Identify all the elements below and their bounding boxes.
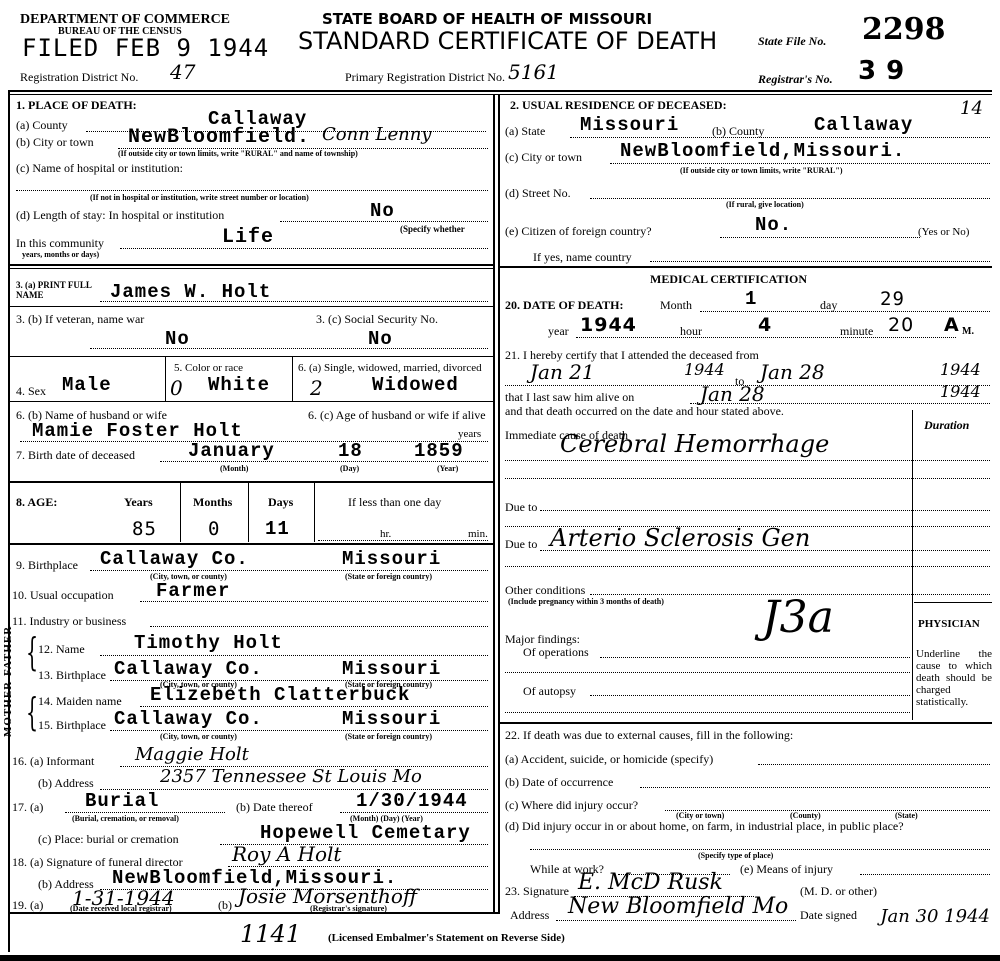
birth-day: 18 (338, 440, 363, 462)
hospital-note: (If not in hospital or institution, writ… (90, 193, 309, 202)
full-name: James W. Holt (110, 281, 271, 303)
informant-label: 16. (a) Informant (12, 754, 94, 769)
mother-side-label: MOTHER (2, 681, 14, 737)
age-days-label: Days (268, 495, 293, 510)
age-col-3 (314, 483, 315, 542)
medical-heading: MEDICAL CERTIFICATION (650, 272, 807, 287)
section1-divider (10, 264, 493, 266)
primary-district-no: 5161 (508, 60, 559, 84)
birthplace-state-note: (State or foreign country) (345, 572, 432, 581)
hospital-line (16, 190, 488, 191)
other-note: (Include pregnancy within 3 months of de… (508, 597, 664, 606)
country-line (650, 261, 990, 262)
ss-label: 3. (c) Social Security No. (316, 312, 438, 327)
registrar-no: 39 (858, 56, 914, 86)
sex-race-divider (165, 356, 166, 401)
age-months: 0 (208, 518, 220, 540)
city-note: (If outside city or town limits, write "… (118, 149, 358, 158)
external-b-line (640, 787, 990, 788)
center-border-2 (498, 94, 500, 914)
attended-from-year: 1944 (684, 360, 725, 379)
birthplace-label: 9. Birthplace (16, 558, 78, 573)
last-saw-label: that I last saw him alive on (505, 390, 634, 405)
mother-name-label: 14. Maiden name (38, 694, 122, 709)
cause-line-5 (540, 550, 990, 551)
mother-bp-city-note: (City, town, or county) (160, 732, 237, 741)
res-city-label: (c) City or town (505, 150, 582, 165)
dod-line-1 (700, 311, 990, 312)
residence-divider (498, 266, 992, 268)
dod-line-2 (576, 337, 956, 338)
registrar-sig-label: (b) (218, 898, 232, 913)
sex-label: 4. Sex (16, 384, 46, 399)
burial-date-label: (b) Date thereof (236, 800, 313, 815)
burial-place: Hopewell Cemetary (260, 822, 471, 844)
sex-value: Male (62, 374, 112, 396)
header-divider (10, 90, 992, 92)
month-label: Month (660, 298, 692, 313)
stay-line (280, 221, 488, 222)
death-ampm: A (944, 314, 960, 336)
section1-divider-2 (10, 268, 493, 269)
attended-to-year: 1944 (940, 360, 981, 379)
attended-from: Jan 21 (530, 360, 595, 384)
industry-label: 11. Industry or business (12, 614, 126, 629)
death-year: 1944 (580, 314, 637, 336)
informant: Maggie Holt (135, 744, 249, 765)
autopsy-line (590, 695, 910, 696)
medical-divider (498, 722, 992, 724)
reg-district-label: Registration District No. (20, 70, 138, 85)
place-heading: 1. PLACE OF DEATH: (16, 98, 137, 113)
mother-brace: { (26, 690, 38, 734)
registrar-sig-note: (Registrar's signature) (310, 904, 387, 913)
birthplace-line (90, 570, 488, 571)
date-signed: Jan 30 1944 (880, 904, 990, 930)
age-min: min. (468, 528, 488, 540)
year-label: year (548, 324, 569, 339)
veteran-line (90, 348, 488, 349)
primary-district-label: Primary Registration District No. (345, 70, 505, 85)
age-col-2 (248, 483, 249, 542)
occurred-label: and that death occurred on the date and … (505, 404, 784, 419)
state-file-no: 2298 (862, 12, 946, 47)
citizen-label: (e) Citizen of foreign country? (505, 224, 652, 239)
due-to-cause: Arterio Sclerosis Gen (550, 524, 810, 552)
mother-name: Elizebeth Clatterbuck (150, 684, 410, 706)
occupation-line (140, 601, 488, 602)
marital-code: 2 (310, 376, 323, 400)
sig-address-label: Address (510, 908, 549, 923)
spouse-name: Mamie Foster Holt (32, 420, 243, 442)
burial-date: 1/30/1944 (356, 790, 468, 812)
name-line (100, 301, 488, 302)
res-state-line (570, 137, 990, 138)
attended-to: Jan 28 (760, 360, 825, 384)
age-hr-line (318, 540, 488, 541)
burial-line (65, 812, 225, 813)
mother-name-line (140, 706, 488, 707)
city-label: (b) City or town (16, 135, 94, 150)
filed-stamp: FILED FEB 9 1944 (22, 34, 269, 62)
father-bp-city: Callaway Co. (114, 658, 263, 680)
birth-year: 1859 (414, 440, 464, 462)
veteran-value: No (165, 328, 190, 350)
physician-address: New Bloomfield Mo (568, 894, 788, 919)
received-note: (Date received local registrar) (70, 904, 172, 913)
country-label: If yes, name country (533, 250, 632, 265)
director-signature: Roy A Holt (232, 842, 341, 866)
dod-label: 20. DATE OF DEATH: (505, 298, 623, 313)
death-hour: 4 (758, 314, 772, 336)
means-line (860, 874, 990, 875)
death-month: 1 (745, 288, 757, 310)
signature-label: 23. Signature (505, 884, 569, 899)
other-label: Other conditions (505, 583, 585, 598)
county-label: (a) County (16, 118, 68, 133)
race-marital-divider (292, 356, 293, 401)
community-note: years, months or days) (22, 250, 99, 259)
birth-line (160, 461, 488, 462)
embalmer-no: 1141 (240, 920, 301, 948)
informant-address: 2357 Tennessee St Louis Mo (160, 766, 422, 787)
duration-divider (912, 410, 913, 720)
mother-bp-city: Callaway Co. (114, 708, 263, 730)
immediate-cause: Cerebral Hemorrhage (560, 430, 829, 458)
date-signed-label: Date signed (800, 908, 857, 923)
burial-note: (Burial, cremation, or removal) (72, 814, 179, 823)
means-label: (e) Means of injury (740, 862, 833, 877)
center-border (493, 94, 495, 914)
received-label: 19. (a) (12, 898, 43, 913)
occupation: Farmer (156, 580, 230, 602)
age-hr: hr. (380, 528, 391, 540)
hospital-label: (c) Name of hospital or institution: (16, 161, 183, 176)
spouse-age-label: 6. (c) Age of husband or wife if alive (308, 408, 486, 423)
duration-label: Duration (924, 418, 969, 433)
years-label: years (458, 428, 481, 440)
autopsy-label: Of autopsy (523, 684, 576, 699)
operations-line-2 (505, 672, 910, 673)
yes-no-note: (Yes or No) (918, 226, 969, 238)
race-code: 0 (170, 376, 183, 400)
father-brace: { (26, 630, 38, 674)
place-label: (c) Place: burial or cremation (38, 832, 179, 847)
death-city-annotation: Conn Lenny (322, 124, 431, 145)
due1-label: Due to (505, 500, 537, 515)
physician-label: PHYSICIAN (918, 618, 980, 630)
stay-community: Life (222, 226, 274, 249)
res-city-line (610, 163, 990, 164)
operations-label: Of operations (523, 645, 589, 660)
age-months-label: Months (193, 495, 232, 510)
specify-note: (Specify whether (400, 224, 465, 234)
operations-line (600, 657, 910, 658)
due2-label: Due to (505, 537, 537, 552)
header-divider-2 (10, 94, 992, 95)
birthplace-city: Callaway Co. (100, 548, 249, 570)
mother-bp-label: 15. Birthplace (38, 718, 106, 733)
stay-hospital: No (370, 200, 395, 222)
birth-label: 7. Birth date of deceased (16, 448, 135, 463)
age-label: 8. AGE: (16, 495, 57, 510)
race-label: 5. Color or race (174, 362, 243, 374)
father-bp-label: 13. Birthplace (38, 668, 106, 683)
underline-note: Underline the cause to which death shoul… (916, 648, 992, 708)
veteran-divider (10, 356, 493, 357)
physician-signature: E. McD Rusk (578, 870, 723, 895)
burial-label: 17. (a) (12, 800, 43, 815)
cause-line-3 (540, 510, 990, 511)
father-side-label: FATHER (2, 626, 14, 676)
birth-divider (10, 481, 493, 483)
month-note: (Month) (220, 464, 248, 473)
birthplace-state: Missouri (342, 548, 441, 570)
res-city: NewBloomfield,Missouri. (620, 140, 905, 162)
burial: Burial (85, 790, 159, 812)
age-days: 11 (265, 518, 290, 540)
reg-district-no: 47 (170, 60, 195, 84)
year-note: (Year) (437, 464, 458, 473)
external-c-label: (c) Where did injury occur? (505, 798, 638, 813)
address-label: (b) Address (38, 776, 94, 791)
cause-line-6 (505, 566, 990, 567)
bottom-border (0, 955, 1000, 961)
external-b-label: (b) Date of occurrence (505, 775, 613, 790)
age-years-label: Years (124, 495, 153, 510)
mother-bp-state: Missouri (342, 708, 441, 730)
mother-bp-line (110, 730, 488, 731)
sex-divider (10, 401, 493, 402)
death-city: NewBloomfield. (128, 126, 310, 149)
veteran-label: 3. (b) If veteran, name war (16, 312, 144, 327)
external-heading: 22. If death was due to external causes,… (505, 728, 793, 743)
age-less-label: If less than one day (348, 495, 441, 510)
state-file-label: State File No. (758, 34, 826, 49)
autopsy-line-2 (505, 712, 910, 713)
death-minute: 20 (888, 314, 914, 336)
age-col-1 (180, 483, 181, 542)
margin-marks: 14 (960, 98, 983, 119)
coder-mark: J3a (762, 592, 834, 643)
cause-line-2 (505, 478, 990, 479)
res-state: Missouri (580, 114, 679, 136)
external-d-line (530, 849, 990, 850)
physician-divider (914, 602, 992, 603)
community-label: In this community (16, 236, 104, 251)
street-line (590, 198, 990, 199)
name-divider (10, 306, 493, 307)
citizen-line (720, 237, 920, 238)
father-bp-state: Missouri (342, 658, 441, 680)
community-line (120, 248, 488, 249)
res-county: Callaway (814, 114, 913, 136)
left-border (8, 90, 10, 952)
registrar-label: Registrar's No. (758, 72, 833, 87)
age-divider (10, 543, 493, 545)
marital-label: 6. (a) Single, widowed, married, divorce… (298, 362, 482, 374)
birth-month: January (188, 440, 275, 462)
embalmer-note: (Licensed Embalmer's Statement on Revers… (328, 932, 565, 944)
md-label: (M. D. or other) (800, 884, 877, 899)
race-value: White (208, 374, 270, 396)
citizen-value: No. (755, 214, 792, 236)
res-state-label: (a) State (505, 124, 545, 139)
sig-address-line (556, 920, 796, 921)
marital-value: Widowed (372, 374, 459, 396)
father-name: Timothy Holt (134, 632, 283, 654)
mother-bp-state-note: (State or foreign country) (345, 732, 432, 741)
age-years: 85 (132, 518, 157, 540)
death-m: M. (962, 326, 974, 337)
father-name-label: 12. Name (38, 642, 85, 657)
burial-date-line (340, 812, 488, 813)
occupation-label: 10. Usual occupation (12, 588, 114, 603)
death-day: 29 (880, 288, 905, 310)
state-board-header: STATE BOARD OF HEALTH OF MISSOURI (322, 10, 652, 28)
type-note: (Specify type of place) (698, 851, 773, 860)
res-city-note: (If outside city or town limits, write "… (680, 166, 843, 175)
residence-heading: 2. USUAL RESIDENCE OF DECEASED: (510, 98, 727, 113)
page-title: STANDARD CERTIFICATE OF DEATH (298, 27, 717, 55)
street-label: (d) Street No. (505, 186, 571, 201)
industry-line (150, 626, 488, 627)
stay-label: (d) Length of stay: In hospital or insti… (16, 208, 224, 223)
external-d-label: (d) Did injury occur in or about home, o… (505, 819, 904, 834)
external-a-line (758, 764, 990, 765)
day-note: (Day) (340, 464, 359, 473)
cause-line-1 (505, 460, 990, 461)
ss-value: No (368, 328, 393, 350)
name-label: 3. (a) PRINT FULL NAME (16, 280, 96, 300)
street-note: (If rural, give location) (726, 200, 804, 209)
last-saw-year: 1944 (940, 382, 981, 401)
external-a-label: (a) Accident, suicide, or homicide (spec… (505, 752, 713, 767)
father-name-line (100, 655, 488, 656)
